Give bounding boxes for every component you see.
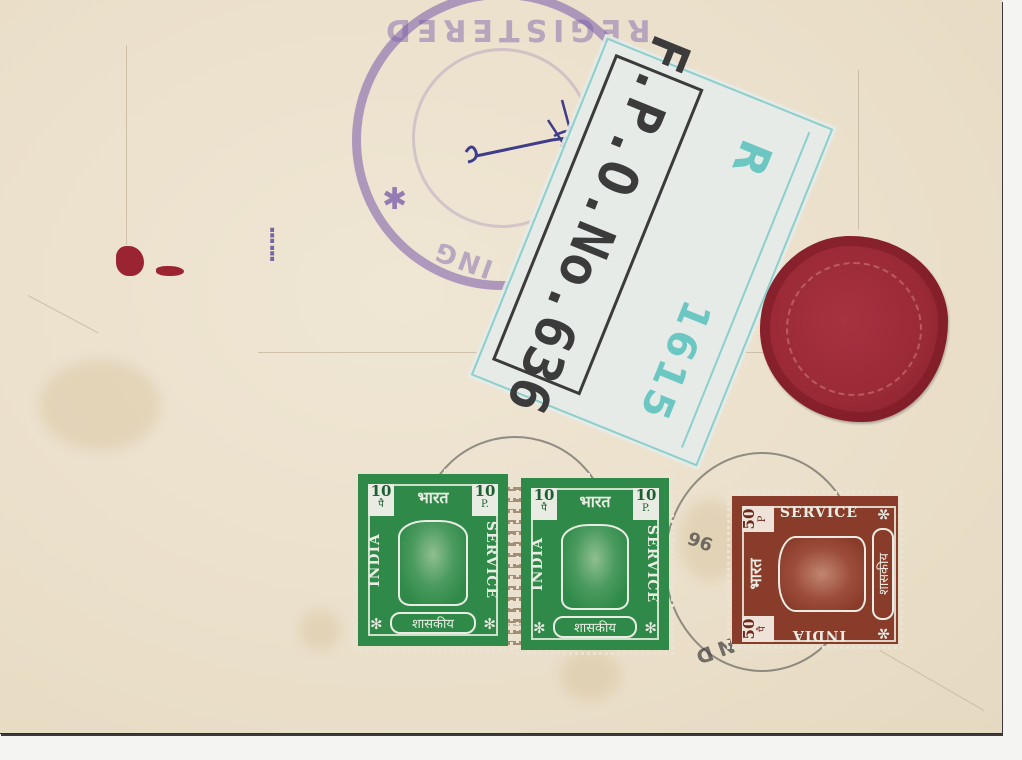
wax-drip [116,246,144,276]
stamp-value-left: 10पै [531,488,557,520]
flap-fold-line [858,70,859,230]
rosette-icon: ✻ [877,508,892,521]
stamp-value-right: 50P [742,506,774,532]
age-stain [560,650,620,700]
stamp-hindi-country: भारत [402,486,464,508]
age-stain [300,610,340,650]
stamp-country: INDIA [530,537,546,591]
ashoka-lion-capital-icon [778,536,866,612]
registration-number: 1615 [629,294,719,429]
rosette-icon: ✻ [877,627,892,640]
flap-fold-line [28,295,99,333]
rosette-icon: ✻ [370,617,383,632]
stamp-country: INDIA [792,627,846,643]
rosette-icon: ✻ [483,617,496,632]
stamp-hindi-service: शासकीय [553,616,637,638]
stamp-hindi-service: शासकीय [872,528,894,620]
stamp-country: INDIA [367,533,383,587]
wax-drip [156,266,184,276]
rosette-icon: ✻ [533,621,546,636]
stamp-value-left: 50पै [742,616,774,642]
stamp-hindi-country: भारत [565,490,625,512]
stamp-hindi-country: भारत [744,540,766,608]
stamp-service-overprint: SERVICE [780,505,858,521]
stamp-10p-service-2: 10पै 10P. भारत INDIA SERVICE ✻ ✻ शासकीय [521,478,669,650]
flap-fold-line [880,650,984,711]
cancel-star-icon: ✱ [382,182,407,217]
rosette-icon: ✻ [644,621,657,636]
wax-seal-impression [786,262,922,396]
wax-seal [760,236,948,422]
stamp-value-right: 10P. [472,484,498,516]
stamp-hindi-service: शासकीय [390,612,476,634]
stamp-service-overprint: SERVICE [483,521,499,599]
stamp-10p-service-1: 10पै 10P. भारत INDIA SERVICE ✻ ✻ शासकीय [358,474,508,646]
stamp-pair-perforations [507,480,521,648]
stamp-50p-service: 50पै 50P भारत INDIA SERVICE ✻ ✻ शासकीय [732,496,898,644]
ashoka-lion-capital-icon [561,524,629,610]
stamp-service-overprint: SERVICE [644,525,660,603]
vertical-ink-mark: ⁝⁝ [268,228,276,264]
ashoka-lion-capital-icon [398,520,468,606]
age-stain [40,360,160,450]
stamp-value-right: 10P. [633,488,659,520]
flap-fold-line [126,45,127,245]
registration-letter: R [721,133,781,184]
stamp-value-left: 10पै [368,484,394,516]
